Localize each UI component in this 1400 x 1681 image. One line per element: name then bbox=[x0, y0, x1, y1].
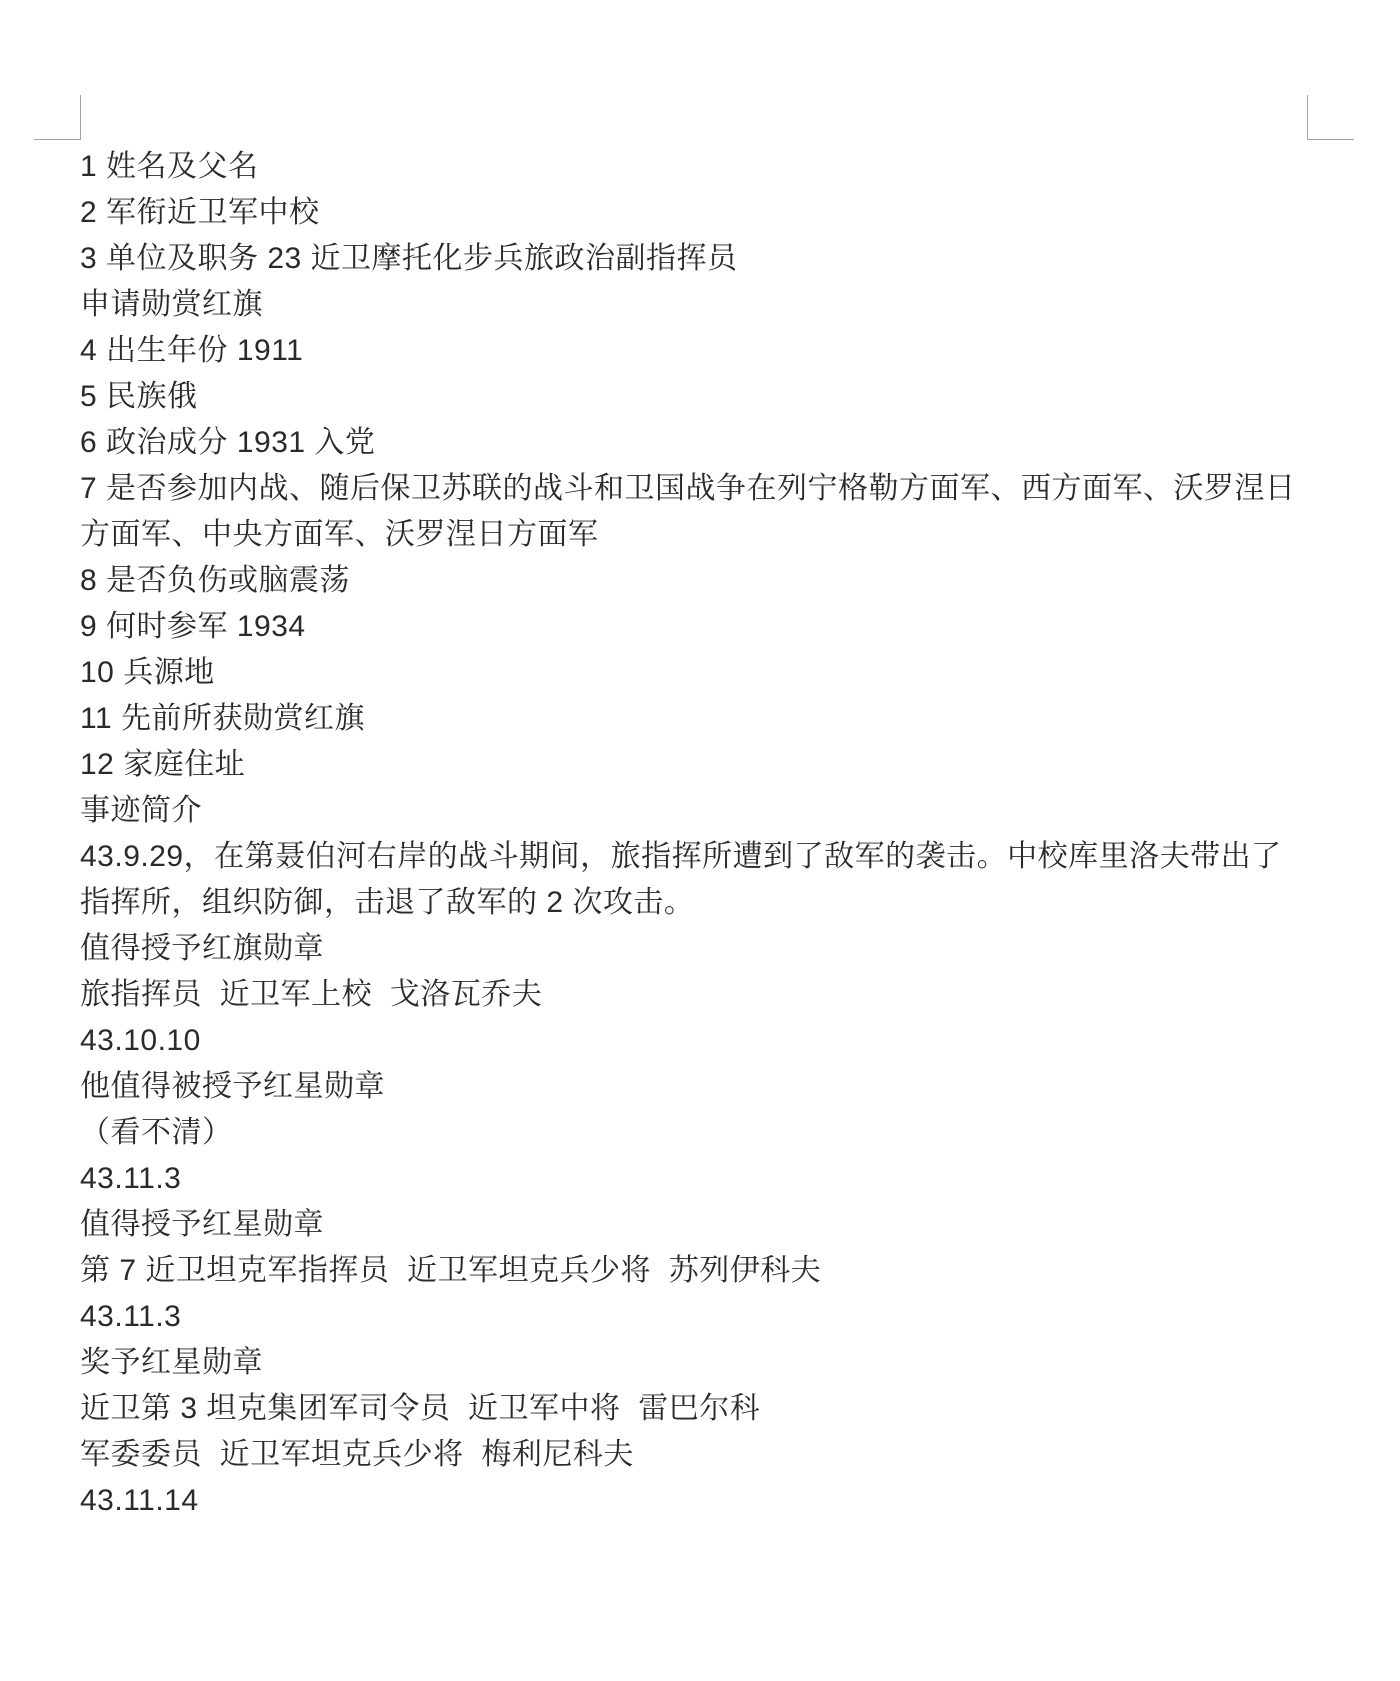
text-line: 值得授予红星勋章 bbox=[80, 1202, 1360, 1248]
text-line: 11 先前所获勋赏红旗 bbox=[80, 696, 1360, 742]
text-line: 7 是否参加内战、随后保卫苏联的战斗和卫国战争在列宁格勒方面军、西方面军、沃罗涅… bbox=[80, 466, 1360, 512]
text-line: 第 7 近卫坦克军指挥员 近卫军坦克兵少将 苏列伊科夫 bbox=[80, 1248, 1360, 1294]
text-line: 申请勋赏红旗 bbox=[80, 282, 1360, 328]
text-line: 5 民族俄 bbox=[80, 374, 1360, 420]
text-line: 方面军、中央方面军、沃罗涅日方面军 bbox=[80, 512, 1360, 558]
text-line: （看不清） bbox=[80, 1110, 1360, 1156]
document-text: 1 姓名及父名2 军衔近卫军中校3 单位及职务 23 近卫摩托化步兵旅政治副指挥… bbox=[80, 144, 1360, 1524]
text-line: 12 家庭住址 bbox=[80, 742, 1360, 788]
document-page: 1 姓名及父名2 军衔近卫军中校3 单位及职务 23 近卫摩托化步兵旅政治副指挥… bbox=[0, 0, 1400, 1681]
text-line: 旅指挥员 近卫军上校 戈洛瓦乔夫 bbox=[80, 972, 1360, 1018]
text-line: 他值得被授予红星勋章 bbox=[80, 1064, 1360, 1110]
text-line: 6 政治成分 1931 入党 bbox=[80, 420, 1360, 466]
text-line: 1 姓名及父名 bbox=[80, 144, 1360, 190]
text-line: 43.10.10 bbox=[80, 1018, 1360, 1064]
text-line: 43.11.3 bbox=[80, 1156, 1360, 1202]
text-line: 8 是否负伤或脑震荡 bbox=[80, 558, 1360, 604]
text-line: 2 军衔近卫军中校 bbox=[80, 190, 1360, 236]
text-line: 值得授予红旗勋章 bbox=[80, 926, 1360, 972]
page-margin-corner-top-left bbox=[34, 95, 81, 140]
text-line: 事迹简介 bbox=[80, 788, 1360, 834]
text-line: 指挥所，组织防御，击退了敌军的 2 次攻击。 bbox=[80, 880, 1360, 926]
text-line: 43.9.29，在第聂伯河右岸的战斗期间，旅指挥所遭到了敌军的袭击。中校库里洛夫… bbox=[80, 834, 1360, 880]
text-line: 10 兵源地 bbox=[80, 650, 1360, 696]
text-line: 4 出生年份 1911 bbox=[80, 328, 1360, 374]
text-line: 3 单位及职务 23 近卫摩托化步兵旅政治副指挥员 bbox=[80, 236, 1360, 282]
text-line: 奖予红星勋章 bbox=[80, 1340, 1360, 1386]
page-margin-corner-top-right bbox=[1307, 95, 1354, 140]
text-line: 9 何时参军 1934 bbox=[80, 604, 1360, 650]
text-line: 43.11.3 bbox=[80, 1294, 1360, 1340]
text-line: 军委委员 近卫军坦克兵少将 梅利尼科夫 bbox=[80, 1432, 1360, 1478]
text-line: 43.11.14 bbox=[80, 1478, 1360, 1524]
text-line: 近卫第 3 坦克集团军司令员 近卫军中将 雷巴尔科 bbox=[80, 1386, 1360, 1432]
